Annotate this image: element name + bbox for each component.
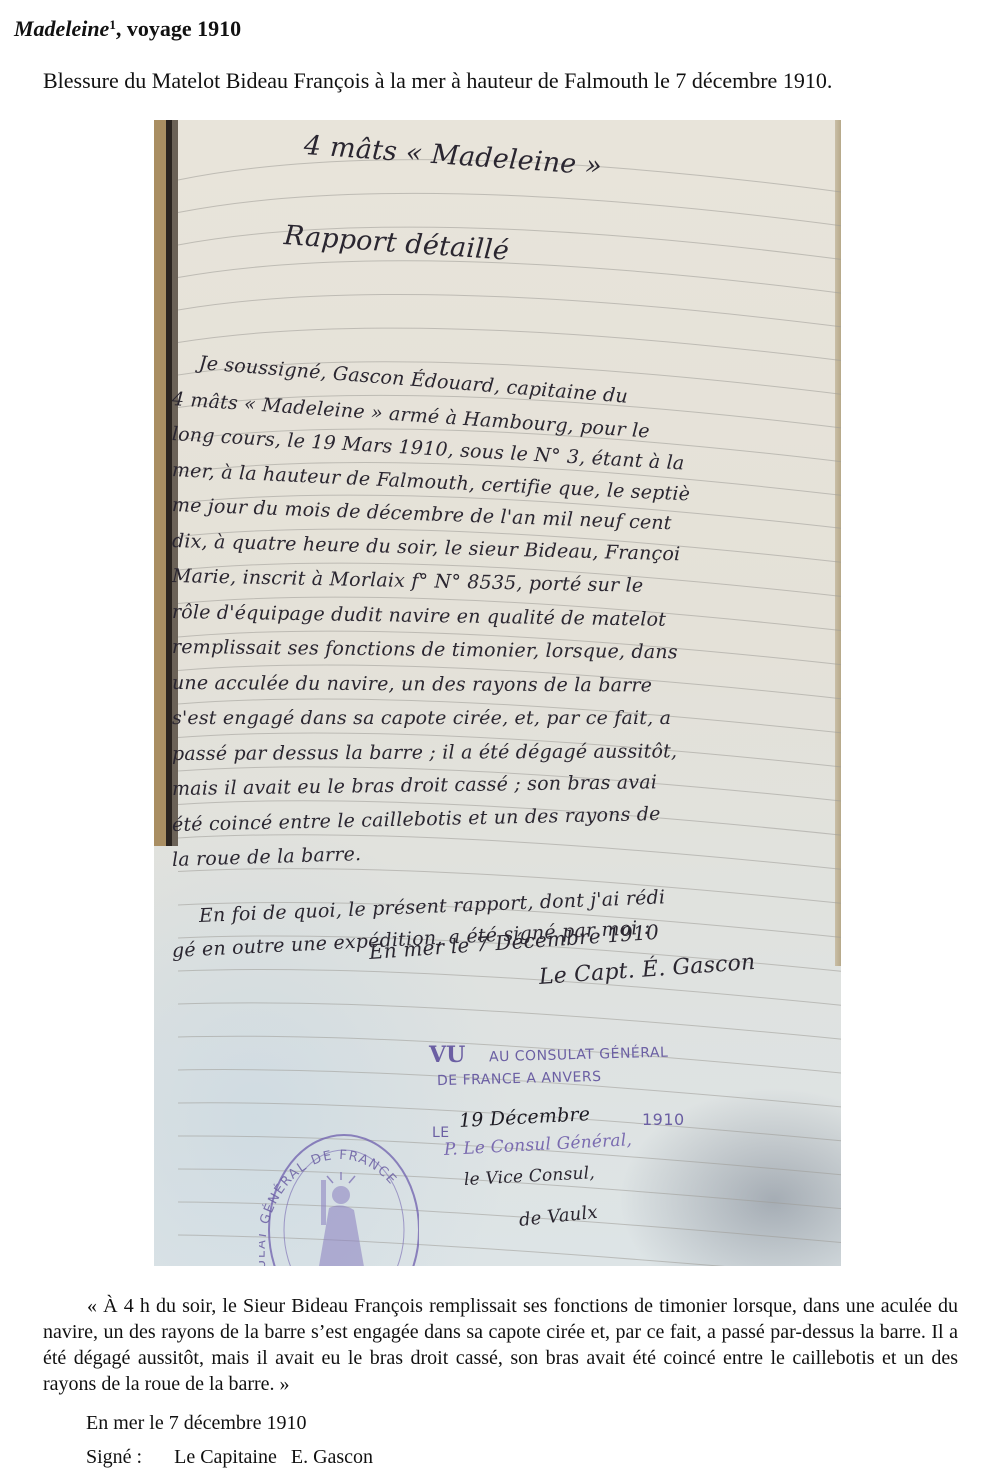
ship-name: Madeleine bbox=[14, 16, 109, 41]
photo-caption: Blessure du Matelot Bideau François à la… bbox=[43, 66, 832, 96]
handwritten-line: une acculée du navire, un des rayons de … bbox=[172, 672, 652, 697]
signed-label: Signé : bbox=[86, 1446, 142, 1468]
transcription-quote: « À 4 h du soir, le Sieur Bideau Françoi… bbox=[43, 1293, 958, 1397]
heading-rest: , voyage 1910 bbox=[116, 16, 241, 41]
signer-name: E. Gascon bbox=[291, 1446, 373, 1468]
signer-title: Le Capitaine bbox=[174, 1446, 277, 1468]
stamp-date-prefix: LE bbox=[432, 1125, 450, 1141]
stamp-vu: VU bbox=[429, 1042, 465, 1068]
logbook-photo: 4 mâts « Madeleine » Rapport détaillé Je… bbox=[154, 120, 841, 1266]
closing-date: En mer le 7 décembre 1910 bbox=[86, 1410, 306, 1436]
stamp-year: 1910 bbox=[642, 1110, 685, 1129]
handwritten-line: s'est engagé dans sa capote cirée, et, p… bbox=[172, 707, 671, 729]
consulate-seal-icon: CONSULAT GÉNÉRAL DE FRANCE bbox=[259, 1120, 419, 1266]
page-heading: Madeleine1, voyage 1910 bbox=[14, 14, 241, 44]
closing-signature: Signé :Le CapitaineE. Gascon bbox=[86, 1444, 373, 1470]
handwritten-line: passé par dessus la barre ; il a été dég… bbox=[172, 740, 677, 765]
